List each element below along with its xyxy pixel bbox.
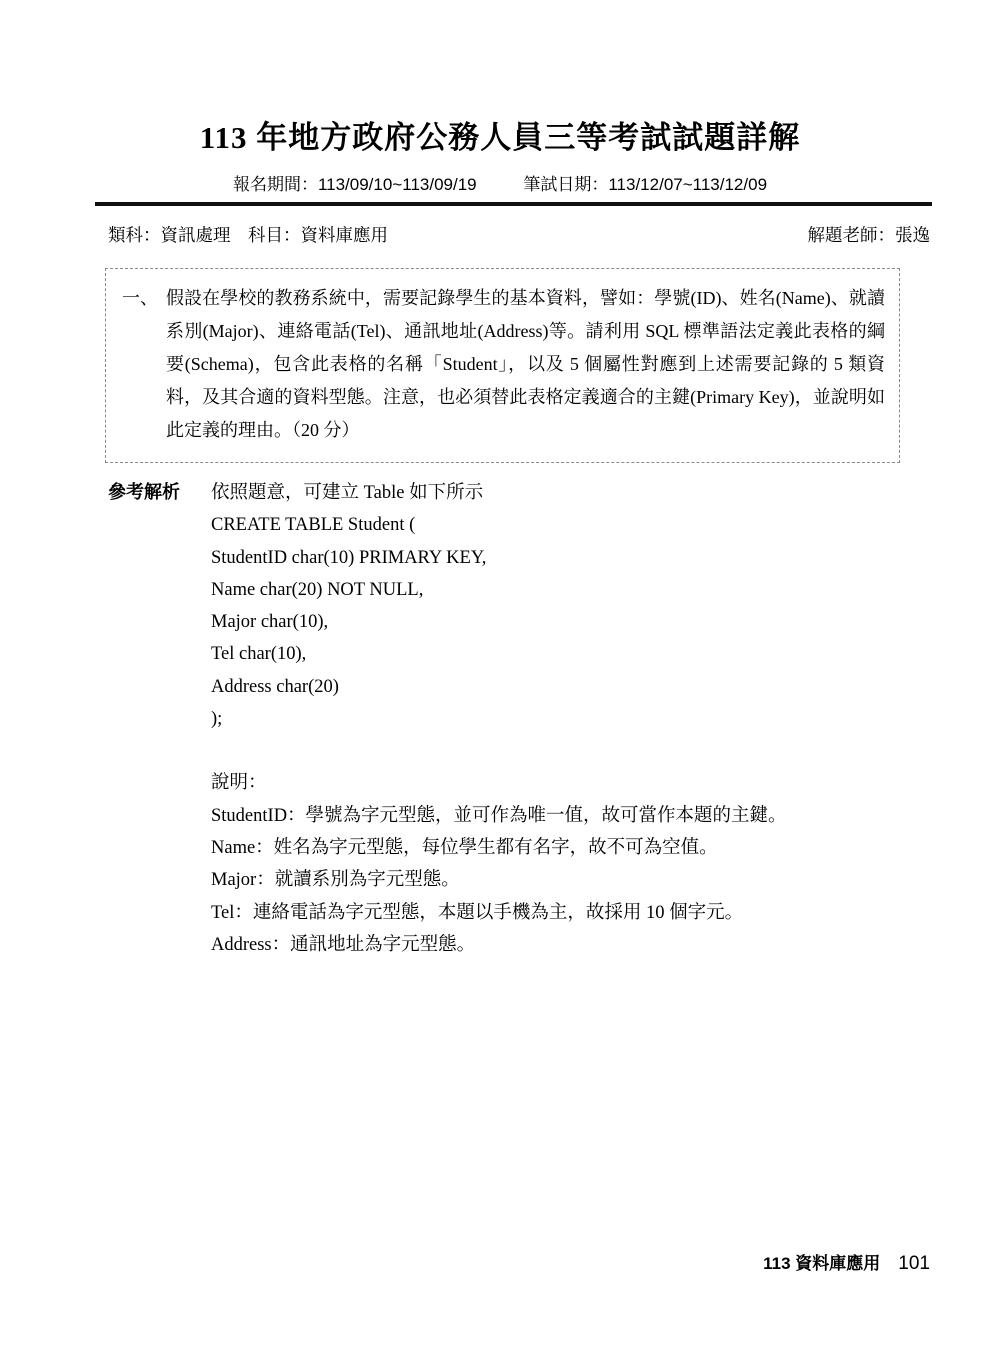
solution-teacher: 解題老師：張逸 [808, 222, 931, 247]
registration-period: 報名期間：113/09/10~113/09/19 [233, 170, 477, 195]
note-line: Address：通訊地址為字元型態。 [211, 929, 930, 961]
solution-section: 參考解析 依照題意，可建立 Table 如下所示 CREATE TABLE St… [108, 477, 930, 961]
footer-book-label: 113 資料庫應用 [763, 1249, 880, 1274]
question-box: 一、 假設在學校的教務系統中，需要記錄學生的基本資料，譬如：學號(ID)、姓名(… [105, 268, 900, 463]
sql-line: CREATE TABLE Student ( [211, 509, 930, 541]
page-header: 113 年地方政府公務人員三等考試試題詳解 報名期間：113/09/10~113… [0, 0, 1000, 195]
sql-line: Name char(20) NOT NULL, [211, 574, 930, 606]
blank-line [211, 735, 930, 767]
category-subject: 類科：資訊處理 科目：資料庫應用 [108, 222, 388, 247]
note-line: StudentID：學號為字元型態，並可作為唯一值，故可當作本題的主鍵。 [211, 800, 930, 832]
solution-label: 參考解析 [108, 477, 211, 961]
meta-line: 類科：資訊處理 科目：資料庫應用 解題老師：張逸 [108, 222, 930, 247]
page-title: 113 年地方政府公務人員三等考試試題詳解 [0, 112, 1000, 157]
footer-page-number: 101 [898, 1253, 930, 1275]
exam-dates-line: 報名期間：113/09/10~113/09/19 筆試日期：113/12/07~… [0, 170, 1000, 195]
note-line: Major：就讀系別為字元型態。 [211, 864, 930, 896]
document-page: 113 年地方政府公務人員三等考試試題詳解 報名期間：113/09/10~113… [0, 0, 1000, 1353]
page-footer: 113 資料庫應用 101 [763, 1249, 930, 1275]
written-exam-date: 筆試日期：113/12/07~113/12/09 [523, 170, 767, 195]
header-divider [95, 202, 932, 206]
question-text: 假設在學校的教務系統中，需要記錄學生的基本資料，譬如：學號(ID)、姓名(Nam… [166, 282, 885, 447]
sql-line: StudentID char(10) PRIMARY KEY, [211, 542, 930, 574]
sql-line: Major char(10), [211, 606, 930, 638]
notes-heading: 說明： [211, 767, 930, 799]
solution-intro: 依照題意，可建立 Table 如下所示 [211, 477, 930, 509]
note-line: Tel：連絡電話為字元型態，本題以手機為主，故採用 10 個字元。 [211, 897, 930, 929]
note-line: Name：姓名為字元型態，每位學生都有名字，故不可為空值。 [211, 832, 930, 864]
solution-content: 依照題意，可建立 Table 如下所示 CREATE TABLE Student… [211, 477, 930, 961]
question-number: 一、 [122, 282, 166, 447]
sql-line: Address char(20) [211, 671, 930, 703]
sql-line: Tel char(10), [211, 638, 930, 670]
sql-line: ); [211, 703, 930, 735]
